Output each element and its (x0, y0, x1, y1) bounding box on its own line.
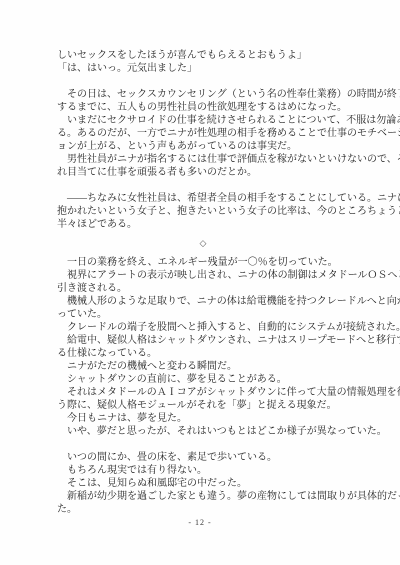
text-line: 「は、はいっ。元気出ました」 (57, 62, 349, 75)
text-line: っていた。 (57, 308, 349, 321)
text-line: 機械人形のような足取りで、ニナの体は給電機能を持つクレードルへと向か (57, 295, 349, 308)
text-line: ニナがただの機械へと変わる瞬間だ。 (57, 360, 349, 373)
text-line: クレードルの端子を股間へと挿入すると、自動的にシステムが接続された。 (57, 321, 349, 334)
book-page: しいセックスをしたほうが喜んでもらえるとおもうよ」「は、はいっ。元気出ました」 … (0, 0, 400, 565)
text-line: それはメタドールのＡＩコアがシャットダウンに伴って大量の情報処理を行 (57, 386, 349, 399)
text-line: 視界にアラートの表示が映し出され、ニナの体の制御はメタドールＯＳへと (57, 269, 349, 282)
text-line (57, 75, 349, 88)
text-line: いや、夢だと思ったが、それはいつもとはどこか様子が異なっていた。 (57, 425, 349, 438)
text-line: る仕様になっている。 (57, 347, 349, 360)
text-line (57, 438, 349, 451)
text-line: 引き渡される。 (57, 282, 349, 295)
text-line: ョンが上がる、という声もあがっているのは事実だ。 (57, 140, 349, 153)
text-line: 半々ほどである。 (57, 218, 349, 231)
text-line: 男性社員がニナが指名するには仕事で評価点を稼がないといけないので、そ (57, 153, 349, 166)
text-line: ――ちなみに女性社員は、希望者全員の相手をすることにしている。ニナに (57, 192, 349, 205)
text-line: するまでに、五人もの男性社員の性欲処理をするはめになった。 (57, 101, 349, 114)
text-line: た。 (57, 503, 349, 516)
text-line: 一日の業務を終え、エネルギー残量が一〇％を切っていた。 (57, 256, 349, 269)
text-line: 抱かれたいという女子と、抱きたいという女子の比率は、今のところちょうど (57, 205, 349, 218)
text-line: 今日もニナは、夢を見た。 (57, 412, 349, 425)
text-line: いつの間にか、畳の床を、素足で歩いている。 (57, 451, 349, 464)
page-number: - 12 - (0, 518, 400, 527)
text-line: そこは、見知らぬ和風邸宅の中だった。 (57, 477, 349, 490)
section-divider: ◇ (57, 237, 349, 250)
text-line: しいセックスをしたほうが喜んでもらえるとおもうよ」 (57, 49, 349, 62)
text-line: 給電中、疑似人格はシャットダウンされ、ニナはスリープモードへと移行す (57, 334, 349, 347)
text-line: 新稲が幼少期を過ごした家とも違う。夢の産物にしては間取りが具体的だっ (57, 490, 349, 503)
text-line: もちろん現実では有り得ない。 (57, 464, 349, 477)
text-line: シャットダウンの直前に、夢を見ることがある。 (57, 373, 349, 386)
text-line: その日は、セックスカウンセリング（という名の性奉仕業務）の時間が終了 (57, 88, 349, 101)
text-line: れ目当てに仕事を頑張る者も多いのだとか。 (57, 166, 349, 179)
text-line (57, 179, 349, 192)
text-line: いまだにセクサロイドの仕事を続けさせられることについて、不服は勿論あ (57, 114, 349, 127)
page-text: しいセックスをしたほうが喜んでもらえるとおもうよ」「は、はいっ。元気出ました」 … (57, 49, 349, 516)
text-line: る。あるのだが、一方でニナが性処理の相手を務めることで仕事のモチベーシ (57, 127, 349, 140)
text-line: う際に、疑似人格モジュールがそれを「夢」と捉える現象だ。 (57, 399, 349, 412)
